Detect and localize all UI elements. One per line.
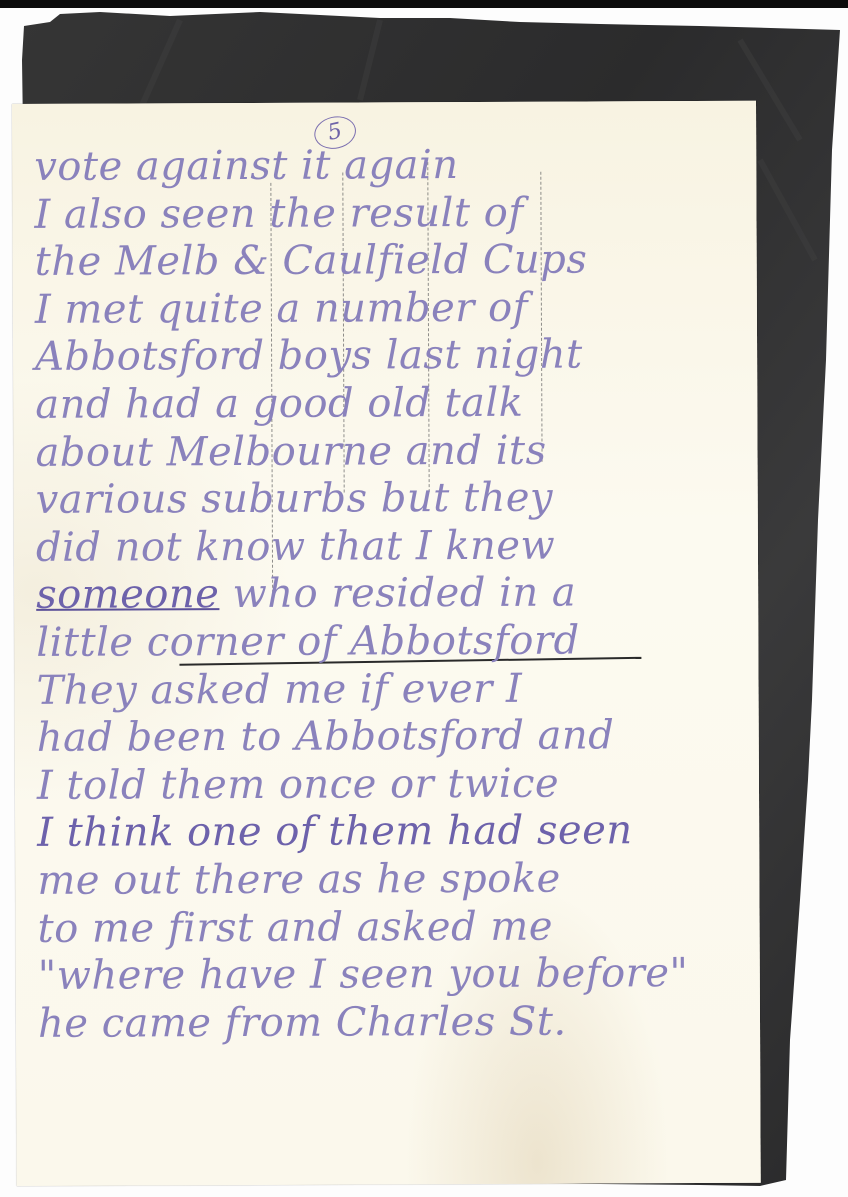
text-line: had been to Abbotsford and	[37, 712, 747, 763]
text-line: and had a good old talk	[35, 379, 745, 430]
text-line: vote against it again	[34, 141, 744, 192]
text-line: I met quite a number of	[35, 284, 745, 335]
text-line: I also seen the result of	[34, 188, 744, 239]
text-line: he came from Charles St.	[38, 997, 748, 1048]
postcard: 5 vote against it again I also seen the …	[12, 101, 761, 1186]
text-line: did not know that I knew	[36, 522, 746, 573]
text-line: They asked me if ever I	[36, 664, 746, 715]
text-line: I think one of them had seen	[37, 807, 747, 858]
text-line: about Melbourne and its	[35, 426, 745, 477]
text-line: "where have I seen you before"	[38, 950, 748, 1001]
text-line-underlined: someone who resided in a	[36, 569, 746, 620]
text-line: Abbotsford boys last night	[35, 331, 745, 382]
text-line-rest: who resided in a	[219, 570, 576, 618]
text-line: me out there as he spoke	[37, 855, 747, 906]
text-line: little corner of Abbotsford	[36, 617, 746, 668]
text-line: I told them once or twice	[37, 760, 747, 811]
text-line: various suburbs but they	[36, 474, 746, 525]
underlined-word: someone	[36, 571, 219, 618]
text-line: to me first and asked me	[37, 902, 747, 953]
handwritten-text: vote against it again I also seen the re…	[34, 141, 748, 1048]
text-line: the Melb & Caulfield Cups	[35, 236, 745, 287]
